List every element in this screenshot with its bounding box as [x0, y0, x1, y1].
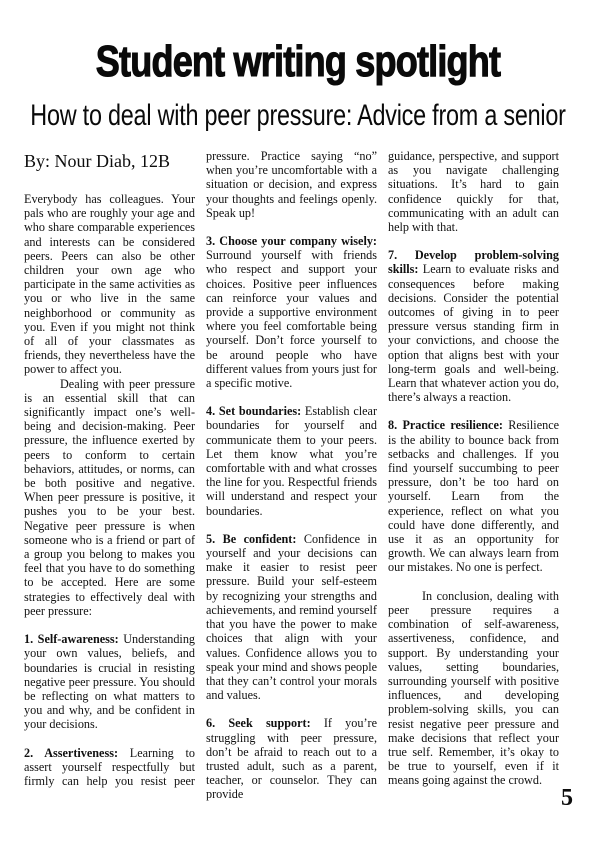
- newsletter-page: Student writing spotlight How to deal wi…: [0, 0, 595, 842]
- tip-3-lead: 3. Choose your company wisely:: [206, 234, 377, 248]
- tip-6-continuation: guidance, perspective, and support as yo…: [388, 149, 559, 234]
- article-body: By: Nour Diab, 12B Everybody has colleag…: [24, 149, 559, 802]
- tip-4-set-boundaries: 4. Set boundaries: Establish clear bound…: [206, 404, 377, 518]
- tip-8-practice-resilience: 8. Practice resilience: Resilience is th…: [388, 418, 559, 574]
- masthead-title: Student writing spotlight: [95, 40, 499, 84]
- tip-8-lead: 8. Practice resilience:: [388, 418, 503, 432]
- tip-6-lead: 6. Seek support:: [206, 716, 311, 730]
- tip-6-seek-support: 6. Seek support: If you’re struggling wi…: [206, 716, 377, 801]
- column-3: guidance, perspective, and support as yo…: [388, 149, 559, 802]
- tip-2-lead: 2. Assertiveness:: [24, 746, 118, 760]
- tip-3-choose-company: 3. Choose your company wisely: Surround …: [206, 234, 377, 390]
- article-headline: How to deal with peer pressure: Advice f…: [30, 99, 565, 133]
- tip-1-lead: 1. Self-awareness:: [24, 632, 119, 646]
- tip-7-text: Learn to evaluate risks and consequences…: [388, 262, 559, 404]
- tip-5-lead: 5. Be confident:: [206, 532, 296, 546]
- tip-7-problem-solving: 7. Develop problem-solving skills: Learn…: [388, 248, 559, 404]
- tip-1-text: Understanding your own values, beliefs, …: [24, 632, 195, 731]
- intro-paragraph: Everybody has colleagues. Your pals who …: [24, 192, 195, 377]
- byline: By: Nour Diab, 12B: [24, 149, 195, 173]
- tip-5-text: Confidence in yourself and your decision…: [206, 532, 377, 702]
- column-2: pressure. Practice saying “no” when you’…: [206, 149, 377, 802]
- tip-3-text: Surround yourself with friends who respe…: [206, 248, 377, 390]
- column-1: By: Nour Diab, 12B Everybody has colleag…: [24, 149, 195, 802]
- tip-5-be-confident: 5. Be confident: Confidence in yourself …: [206, 532, 377, 702]
- conclusion-paragraph: In conclusion, dealing with peer pressur…: [388, 589, 559, 788]
- tip-1-self-awareness: 1. Self-awareness: Understanding your ow…: [24, 632, 195, 731]
- tip-4-lead: 4. Set boundaries:: [206, 404, 301, 418]
- dealing-paragraph: Dealing with peer pressure is an essenti…: [24, 377, 195, 618]
- tip-8-text: Resilience is the ability to bounce back…: [388, 418, 559, 574]
- tip-2-continuation: pressure. Practice saying “no” when you’…: [206, 149, 377, 220]
- tip-2-assertiveness: 2. Assertiveness: Learning to assert you…: [24, 746, 195, 789]
- page-number: 5: [561, 785, 573, 811]
- tip-4-text: Establish clear boundaries for yourself …: [206, 404, 377, 517]
